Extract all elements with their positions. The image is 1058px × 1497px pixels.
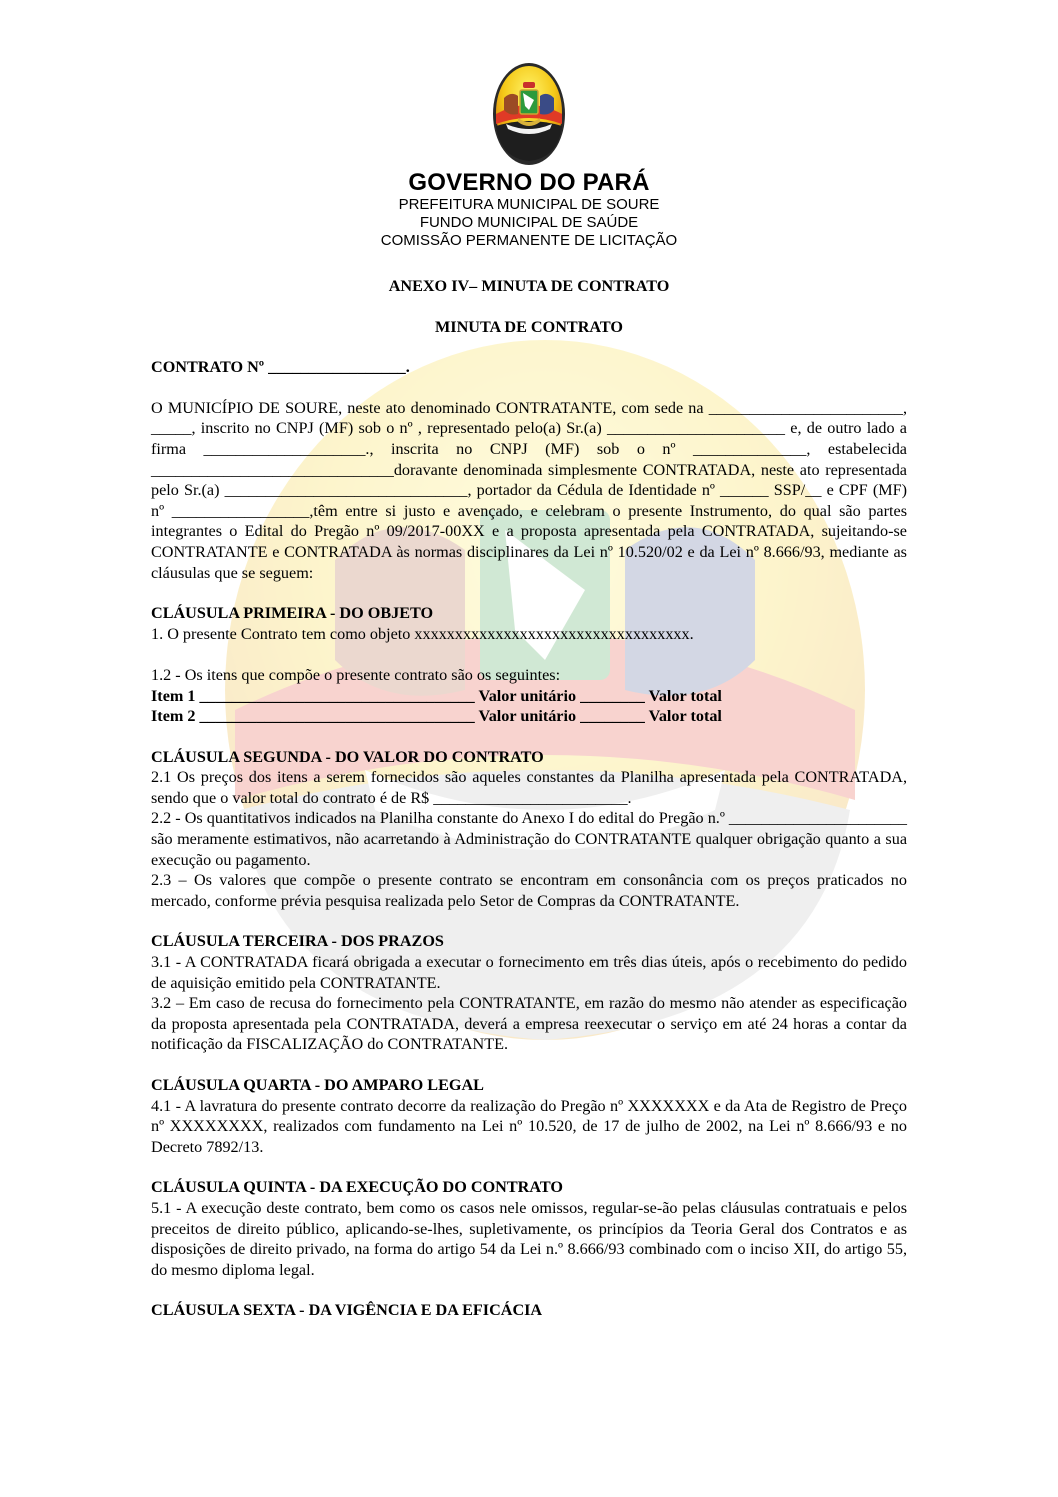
clause-6-title: CLÁUSULA SEXTA - DA VIGÊNCIA E DA EFICÁC… (151, 1300, 907, 1321)
clause-4-title: CLÁUSULA QUARTA - DO AMPARO LEGAL (151, 1075, 907, 1096)
document-page: GOVERNO DO PARÁ PREFEITURA MUNICIPAL DE … (0, 0, 1058, 1497)
item-row-1: Item 1 _________________________________… (151, 686, 907, 707)
clause-3-title: CLÁUSULA TERCEIRA - DOS PRAZOS (151, 931, 907, 952)
clause-1-items-intro: 1.2 - Os itens que compõe o presente con… (151, 665, 907, 686)
health-fund-line: FUNDO MUNICIPAL DE SAÚDE (0, 214, 1058, 232)
clause-4-paragraph-1: 4.1 - A lavratura do presente contrato d… (151, 1096, 907, 1158)
contract-body: ANEXO IV– MINUTA DE CONTRATO MINUTA DE C… (151, 276, 907, 1321)
clause-1-paragraph-1: 1. O presente Contrato tem como objeto x… (151, 624, 907, 645)
annex-title: ANEXO IV– MINUTA DE CONTRATO (151, 276, 907, 297)
clause-1-title: CLÁUSULA PRIMEIRA - DO OBJETO (151, 603, 907, 624)
clause-2-paragraph-1: 2.1 Os preços dos itens a serem fornecid… (151, 767, 907, 808)
clause-5-paragraph-1: 5.1 - A execução deste contrato, bem com… (151, 1198, 907, 1280)
document-subtitle: MINUTA DE CONTRATO (151, 317, 907, 338)
letterhead: GOVERNO DO PARÁ PREFEITURA MUNICIPAL DE … (0, 62, 1058, 250)
clause-2-paragraph-2: 2.2 - Os quantitativos indicados na Plan… (151, 808, 907, 870)
clause-2-paragraph-3: 2.3 – Os valores que compõe o presente c… (151, 870, 907, 911)
clause-2-title: CLÁUSULA SEGUNDA - DO VALOR DO CONTRATO (151, 747, 907, 768)
municipal-coat-of-arms-icon (492, 62, 566, 166)
prefecture-line: PREFEITURA MUNICIPAL DE SOURE (0, 196, 1058, 214)
government-title: GOVERNO DO PARÁ (0, 170, 1058, 196)
clause-3-paragraph-1: 3.1 - A CONTRATADA ficará obrigada a exe… (151, 952, 907, 993)
clause-3-paragraph-2: 3.2 – Em caso de recusa do fornecimento … (151, 993, 907, 1055)
clause-5-title: CLÁUSULA QUINTA - DA EXECUÇÃO DO CONTRAT… (151, 1177, 907, 1198)
item-row-2: Item 2 _________________________________… (151, 706, 907, 727)
contract-number-field: CONTRATO Nº _________________. (151, 357, 907, 378)
preamble-paragraph: O MUNICÍPIO DE SOURE, neste ato denomina… (151, 398, 907, 583)
bidding-commission-line: COMISSÃO PERMANENTE DE LICITAÇÃO (0, 232, 1058, 250)
